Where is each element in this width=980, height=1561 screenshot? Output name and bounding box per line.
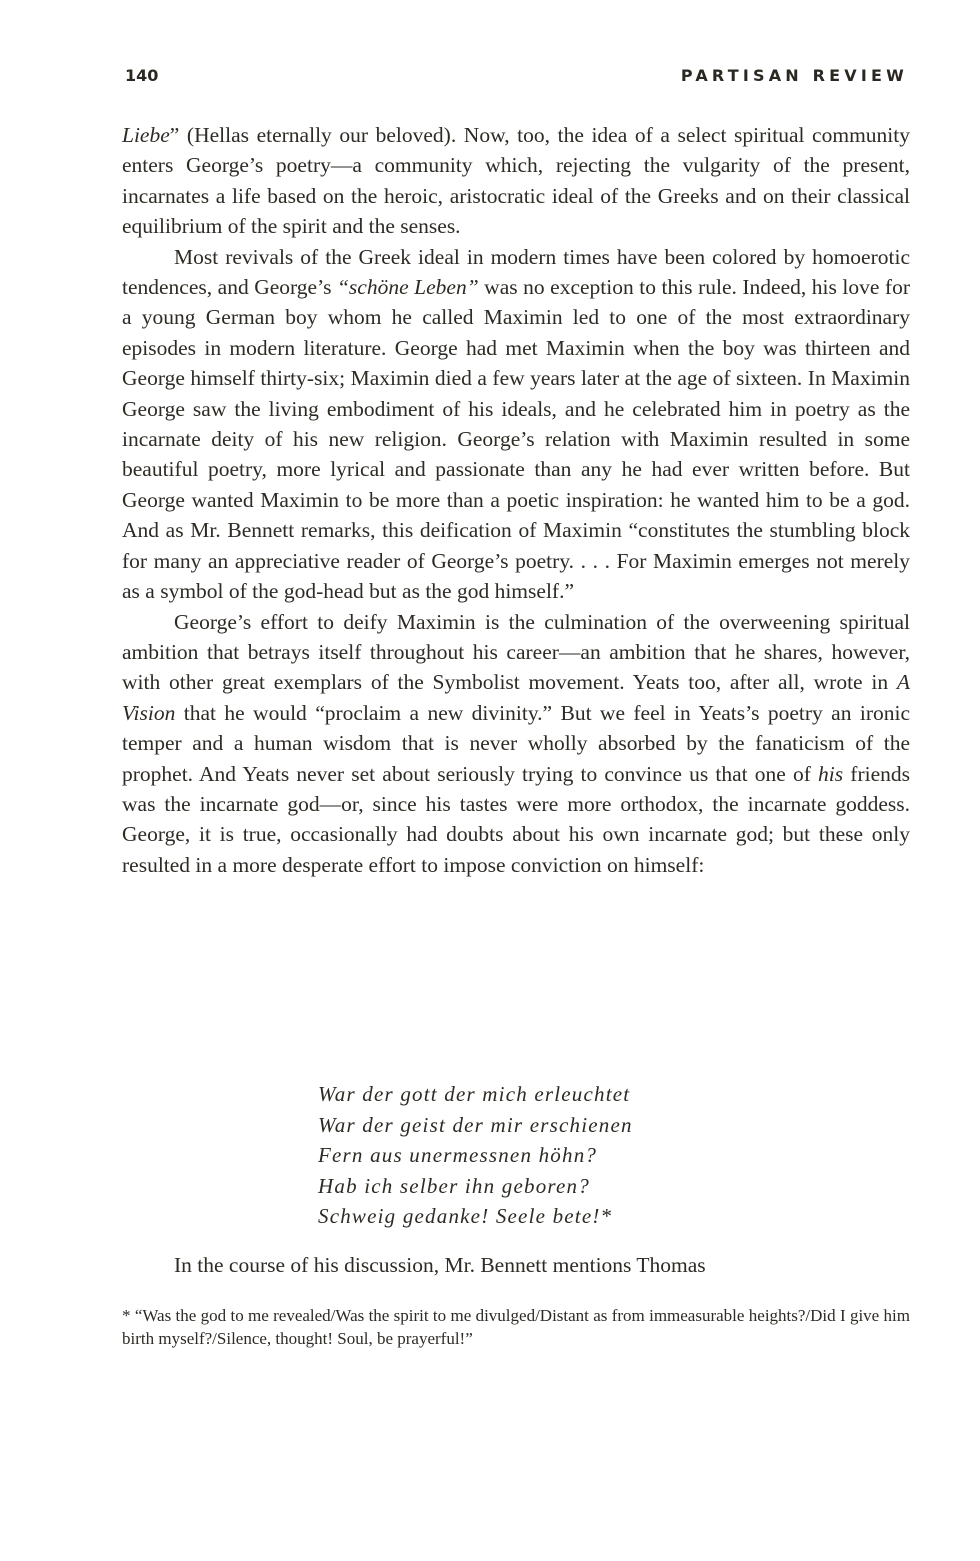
italic-segment: Liebe [122,123,170,147]
paragraph: Liebe” (Hellas eternally our beloved). N… [122,120,910,242]
text-segment: ” (Hellas eternally our beloved). Now, t… [122,123,910,238]
text-segment: George’s effort to deify Maximin is the … [122,610,910,695]
verse-line: Fern aus unermessnen höhn? [318,1140,633,1171]
verse-block: War der gott der mich erleuchtet War der… [318,1079,633,1232]
running-head: 140 PARTISAN REVIEW [125,66,908,85]
page-number: 140 [125,66,158,85]
italic-segment: “schöne Leben” [337,275,479,299]
verse-line: Hab ich selber ihn geboren? [318,1171,633,1202]
paragraph: Most revivals of the Greek ideal in mode… [122,242,910,607]
verse-line: War der geist der mir erschienen [318,1110,633,1141]
journal-title: PARTISAN REVIEW [681,66,908,85]
text-segment: was no exception to this rule. Indeed, h… [122,275,910,603]
footnote: * “Was the god to me revealed/Was the sp… [122,1305,910,1350]
verse-line: Schweig gedanke! Seele bete!* [318,1201,633,1232]
text-segment: that he would “proclaim a new divinity.”… [122,701,910,786]
closing-paragraph: In the course of his discussion, Mr. Ben… [122,1250,910,1280]
verse-line: War der gott der mich erleuchtet [318,1079,633,1110]
italic-segment: his [818,762,843,786]
body-text: Liebe” (Hellas eternally our beloved). N… [122,120,910,880]
paragraph: George’s effort to deify Maximin is the … [122,607,910,881]
